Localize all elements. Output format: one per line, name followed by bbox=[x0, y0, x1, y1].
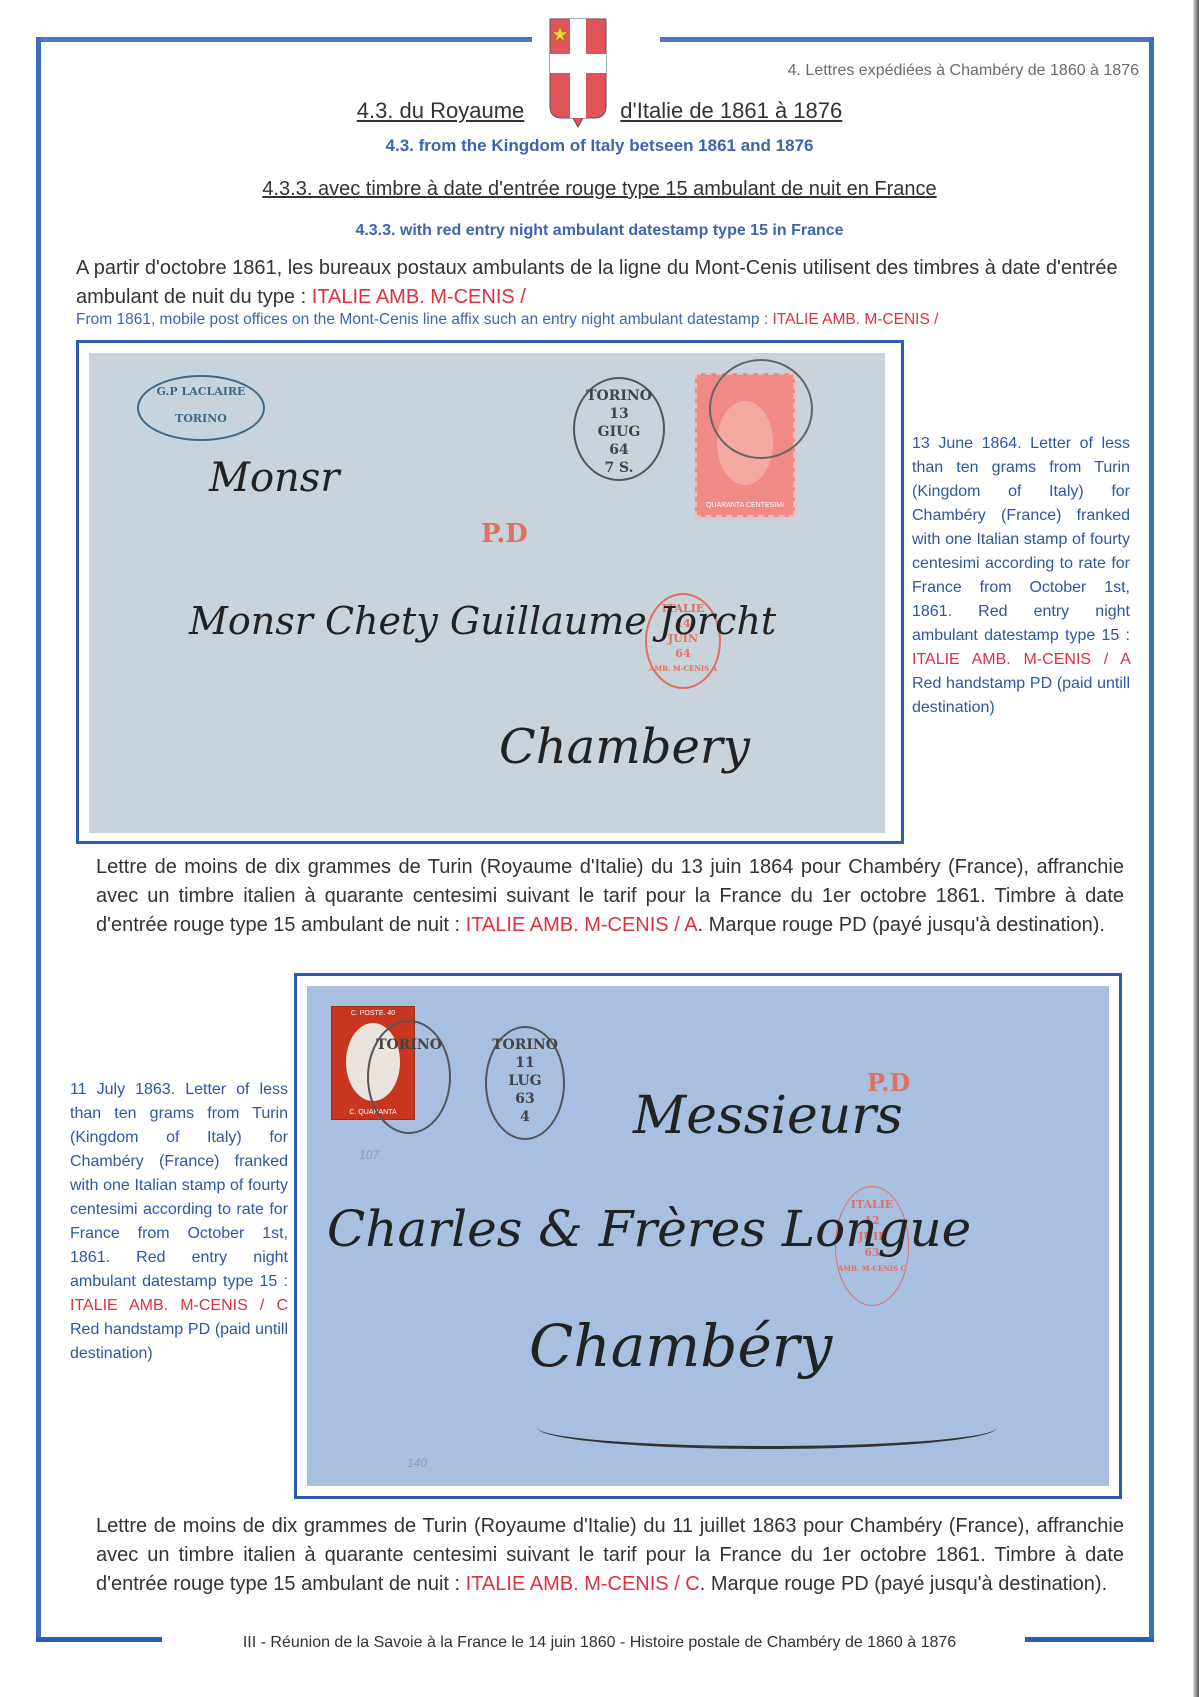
page-title-english: 4.3. from the Kingdom of Italy betseen 1… bbox=[0, 136, 1199, 156]
frame-border-top-right bbox=[660, 37, 1154, 42]
cover-2-caption: 11 July 1863. Letter of less than ten gr… bbox=[70, 1078, 288, 1366]
page-title: 4.3. du Royaumed'Italie de 1861 à 1876 bbox=[0, 98, 1199, 124]
datestamp-mark: ITALIE AMB. M-CENIS / A bbox=[466, 914, 698, 936]
stamp-cancel-postmark bbox=[709, 359, 813, 459]
address-line-1: Messieurs bbox=[633, 1086, 903, 1146]
scan-edge-shadow bbox=[1193, 0, 1199, 1697]
pencil-note: 107 bbox=[359, 1148, 379, 1162]
cover-2-paper: C. POSTE. 40 C. QUARANTA TORINO TORINO 1… bbox=[307, 986, 1109, 1486]
datestamp-mark: ITALIE AMB. M-CENIS / bbox=[312, 286, 526, 308]
cover-image-1: G.P LACLAIRE TORINO TORINO 13 GIUG 64 7 … bbox=[76, 340, 904, 844]
page-title-part1: 4.3. du Royaume bbox=[357, 98, 525, 123]
stamp-cancel-postmark: TORINO bbox=[367, 1020, 451, 1134]
address-line-2: Monsr Chety Guillaume Jorcht bbox=[189, 599, 776, 643]
cover-image-2: C. POSTE. 40 C. QUARANTA TORINO TORINO 1… bbox=[294, 973, 1122, 1499]
datestamp-mark: ITALIE AMB. M-CENIS / C bbox=[70, 1297, 288, 1314]
section-reference: 4. Lettres expédiées à Chambéry de 1860 … bbox=[788, 62, 1139, 80]
cover-1-description: Lettre de moins de dix grammes de Turin … bbox=[96, 853, 1124, 940]
section-subtitle-english: 4.3.3. with red entry night ambulant dat… bbox=[0, 222, 1199, 240]
page-footer: III - Réunion de la Savoie à la France l… bbox=[0, 1634, 1199, 1652]
address-line-3: Chambery bbox=[499, 719, 750, 775]
datestamp-mark: ITALIE AMB. M-CENIS / C bbox=[466, 1573, 700, 1595]
frame-border-left bbox=[36, 37, 41, 1642]
sender-oval-stamp: G.P LACLAIRE TORINO bbox=[137, 375, 265, 441]
address-line-2: Charles & Frères Longue bbox=[327, 1200, 971, 1258]
address-line-3: Chambéry bbox=[529, 1312, 832, 1380]
pencil-note: 140 bbox=[407, 1456, 427, 1470]
intro-english: From 1861, mobile post offices on the Mo… bbox=[76, 311, 1146, 329]
cover-2-description: Lettre de moins de dix grammes de Turin … bbox=[96, 1512, 1124, 1599]
page-title-part2: d'Italie de 1861 à 1876 bbox=[620, 98, 842, 123]
frame-border-top-left bbox=[36, 37, 532, 42]
cover-1-caption: 13 June 1864. Letter of less than ten gr… bbox=[912, 432, 1130, 720]
underline-flourish bbox=[537, 1406, 997, 1449]
section-subtitle: 4.3.3. avec timbre à date d'entrée rouge… bbox=[0, 178, 1199, 201]
address-line-1: Monsr bbox=[209, 455, 339, 501]
datestamp-mark: ITALIE AMB. M-CENIS / A bbox=[912, 651, 1130, 668]
frame-border-right bbox=[1149, 37, 1154, 1642]
intro-french: A partir d'octobre 1861, les bureaux pos… bbox=[76, 254, 1136, 312]
torino-postmark: TORINO 11 LUG 63 4 bbox=[485, 1026, 565, 1140]
cover-1-paper: G.P LACLAIRE TORINO TORINO 13 GIUG 64 7 … bbox=[89, 353, 885, 833]
datestamp-mark: ITALIE AMB. M-CENIS / bbox=[772, 311, 938, 328]
pd-handstamp: P.D bbox=[481, 519, 528, 549]
torino-postmark: TORINO 13 GIUG 64 7 S. bbox=[573, 377, 665, 481]
